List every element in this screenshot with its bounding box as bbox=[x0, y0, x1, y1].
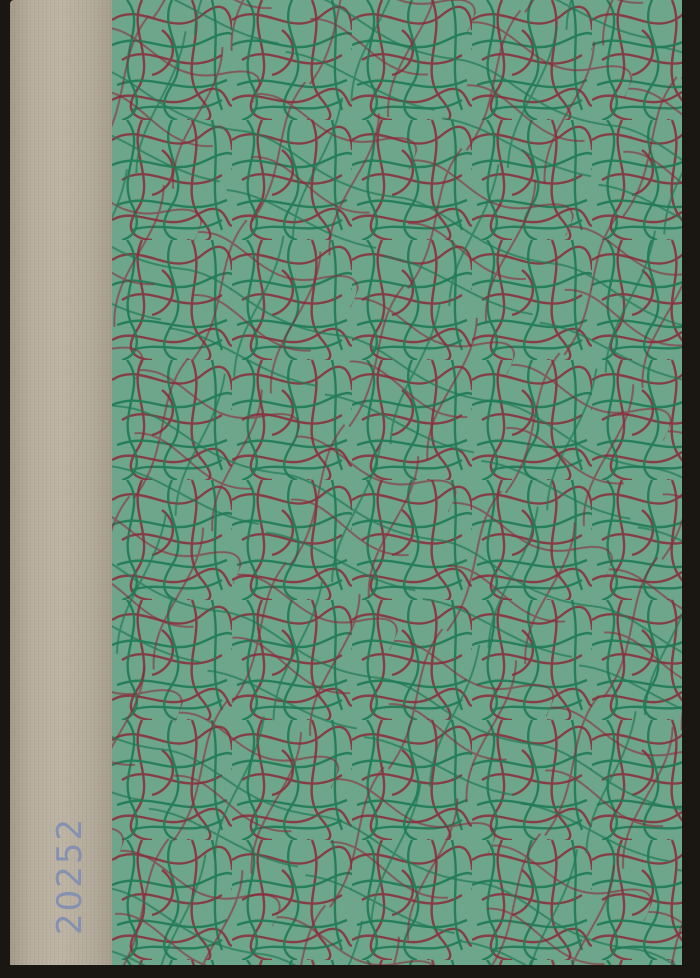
pattern-icon bbox=[112, 0, 682, 965]
marbled-paper bbox=[112, 0, 682, 965]
book-cover: 20252 bbox=[10, 0, 682, 965]
book-spine: 20252 bbox=[10, 0, 112, 965]
call-number: 20252 bbox=[50, 817, 90, 935]
